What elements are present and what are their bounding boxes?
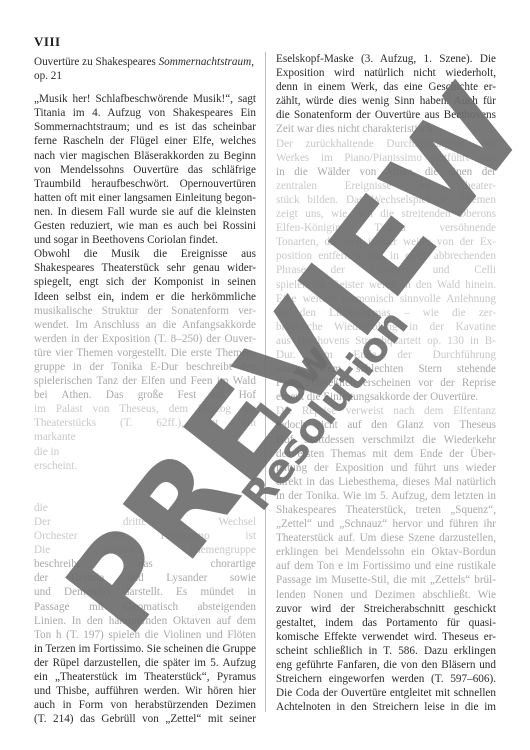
text-line: stück bilden. Das Wechselspiel der Theme… — [276, 193, 496, 207]
text-line: „Zettel“ und „Schnauz“ hervor und führen… — [276, 517, 496, 531]
text-line: Tonarten, die sich immer weiter von der … — [276, 235, 496, 249]
text-line: aus Beethovens Streichquartett op. 130 i… — [276, 334, 496, 348]
text-line: auf dem Ton e im Fortissimo und eine rus… — [276, 559, 496, 573]
text-line: erneut die Einleitungsakkorde der Ouvert… — [276, 390, 496, 404]
text-line: denn in einem Werk, das eine Geschichte … — [276, 80, 496, 94]
text-line: Paar. Schließlich erscheinen vor der Rep… — [276, 376, 496, 390]
text-line: spielerischen Tanz der Elfen und Feen im… — [34, 374, 256, 388]
text-line: die in — [34, 445, 256, 459]
article-title: Ouvertüre zu Shakespeares Sommernachtstr… — [34, 55, 256, 83]
text-line: und sogar in Beethovens Coriolan findet. — [34, 233, 256, 247]
text-line: unter einem schlechten Stern stehende — [276, 362, 496, 376]
text-line: leitung der Exposition und führt uns wie… — [276, 461, 496, 475]
text-line: position entfernen und in einer abbreche… — [276, 249, 496, 263]
text-line: musikalische Struktur der Sonatenform ve… — [34, 304, 256, 318]
text-line: Die zweite Themengruppe — [34, 543, 256, 557]
text-line: die — [34, 501, 256, 515]
text-line: werden in der Exposition (T. 8–250) der … — [34, 332, 256, 346]
text-line: der Rüpel darzustellen, die später im 5.… — [34, 656, 256, 670]
text-line: Passage im Musette-Stil, die mit „Zettel… — [276, 573, 496, 587]
text-line: bei Athen. Das große Fest am Hof — [34, 388, 256, 402]
text-line: an den Liebesthemas – wie die zer- — [276, 306, 496, 320]
text-line: Eine weitere harmonisch sinnvolle Anlehn… — [276, 292, 496, 306]
text-line: ein „Theaterstück im Theaterstück“, Pyra… — [34, 670, 256, 684]
text-line: zentralen Ereignisse im Theater- — [276, 179, 496, 193]
text-line: spiegelt, engt sich der Komponist in sei… — [34, 275, 256, 289]
text-line: Gesten reduziert, wie man es auch bei Ro… — [34, 219, 256, 233]
text-line: Ton h (T. 197) spielen die Violinen und … — [34, 628, 256, 642]
text-line: die Sonatenform der Ouvertüre aus Beetho… — [276, 108, 496, 122]
text-line: Streichern eingeworfen werden (T. 597–60… — [276, 672, 496, 686]
text-line: Titania im 4. Aufzug von Shakespeares Ei… — [34, 106, 256, 120]
right-body-text: Eselskopf-Maske (3. Aufzug, 1. Szene). D… — [276, 52, 496, 714]
text-line: „Musik her! Schlafbeschwörende Musik!“, … — [34, 92, 256, 106]
text-line: gruppe in der Tonika E-Dur beschreibt de… — [34, 360, 256, 374]
text-line: Orchester im Pianissimo ist — [34, 529, 256, 543]
text-line: beschreibt das chorartige — [34, 557, 256, 571]
text-line: komische Effekte verwendet wird. Theseus… — [276, 630, 496, 644]
text-line: zeigt uns, wie sich die streitenden Ober… — [276, 207, 496, 221]
text-line — [34, 473, 256, 487]
text-line: Achtelnoten in den Streichern leise in d… — [276, 700, 496, 714]
text-line: Obwohl die Musik die Ereignisse aus — [34, 247, 256, 261]
text-line: des ersten Themas mit dem Ende der Über- — [276, 447, 496, 461]
text-line: Phrase der Violinen und Celli — [276, 263, 496, 277]
text-line: Hof. Stattdessen verschmilzt die Wiederk… — [276, 433, 496, 447]
text-line: in die Wälder von Athen, die einen der — [276, 165, 496, 179]
text-line: (T. 214) das Gebrüll von „Zettel“ mit se… — [34, 712, 256, 726]
text-line: und Thisbe, aufführen werden. Wir hören … — [34, 684, 256, 698]
text-line: erscheint. — [34, 459, 256, 473]
text-line: von Mendelssohns Ouvertüre das schläfrig… — [34, 163, 256, 177]
left-column: Ouvertüre zu Shakespeares Sommernachtstr… — [34, 55, 256, 726]
text-line: markante — [34, 430, 256, 444]
text-line: zuvor wird der Streicherabschnitt geschi… — [276, 602, 496, 616]
text-line: Die Reprise verweist nach dem Elfentanz — [276, 404, 496, 418]
text-line: Werkes im Piano/Pianissimo entführt uns — [276, 151, 496, 165]
title-punct: , — [251, 56, 254, 68]
text-line: lenden Nonen und Dezimen abschließt. Wie — [276, 588, 496, 602]
text-line: Der dritte Wechsel — [34, 515, 256, 529]
text-line: Theaterstück auf. Um diese Szene darzust… — [276, 531, 496, 545]
text-line: spielen die Geister weiter in den Wald h… — [276, 278, 496, 292]
text-line: Shakespeares Theaterstück, treten „Squen… — [276, 503, 496, 517]
text-line: direkt in das Liebesthema, dieses Mal na… — [276, 475, 496, 489]
text-line: in Terzen im Fortissimo. Sie scheinen di… — [34, 642, 256, 656]
text-line: nen. In diesem Fall wurde sie auf die kl… — [34, 205, 256, 219]
text-line: Traumbild heraufbeschwört. Opernouvertür… — [34, 177, 256, 191]
text-line: Theaterstücks (T. 62ff.), ist ein — [34, 416, 256, 430]
text-line: Shakespeares Theaterstück sehr genau wid… — [34, 261, 256, 275]
text-line: Elfen-Königin Titania versöhnende — [276, 221, 496, 235]
text-line: Passage mit chromatisch absteigenden — [34, 600, 256, 614]
text-line: zählt, würde dies wenig Sinn haben. Auch… — [276, 94, 496, 108]
text-line: Sommernachtstraum; und es ist das schein… — [34, 120, 256, 134]
text-line: Dur. Am Ende der Durchführung — [276, 348, 496, 362]
text-line: und Demetrius darstellt. Es mündet in — [34, 585, 256, 599]
text-line: auch in Form von herabstürzenden Dezimen — [34, 698, 256, 712]
text-line: brechliche Wiederholung in der Kavatine — [276, 320, 496, 334]
text-line: Exposition wird natürlich nicht wiederho… — [276, 66, 496, 80]
text-line: erklingen bei Mendelssohn ein Oktav-Bord… — [276, 545, 496, 559]
text-line: ferne Rascheln der Flügel einer Elfe, we… — [34, 134, 256, 148]
text-line: Ideen selbst ein, indem er die herkömmli… — [34, 290, 256, 304]
text-line: im Palast von Theseus, dem Herzog des — [34, 402, 256, 416]
left-body-text: „Musik her! Schlafbeschwörende Musik!“, … — [34, 92, 256, 726]
title-text: Ouvertüre zu Shakespeares — [34, 56, 159, 68]
title-italic-work: Sommernachtstraum — [159, 56, 252, 68]
text-line: Zeit war dies nicht charakteristisch. — [276, 122, 496, 136]
text-line: nach vier magischen Bläserakkorden zu Be… — [34, 149, 256, 163]
text-line: jedoch nicht auf den Glanz von Theseus — [276, 418, 496, 432]
text-line: wendet. Im Anschluss an die Anfangsakkor… — [34, 318, 256, 332]
text-line: Linien. In den hämmernden Oktaven auf de… — [34, 614, 256, 628]
text-line: der Hermia und Lysander sowie — [34, 571, 256, 585]
text-line: türe vier Themen vorgestellt. Die erste … — [34, 346, 256, 360]
text-line: in der Tonika. Wie im 5. Aufzug, dem let… — [276, 489, 496, 503]
document-page: VIII Ouvertüre zu Shakespeares Sommernac… — [0, 0, 530, 750]
right-column: Eselskopf-Maske (3. Aufzug, 1. Szene). D… — [276, 52, 496, 714]
text-line: Die Coda der Ouvertüre entgleitet mit sc… — [276, 686, 496, 700]
text-line: gestaltet, indem das Portamento für quas… — [276, 616, 496, 630]
text-line: scheint schließlich in T. 586. Dazu erkl… — [276, 644, 496, 658]
text-line — [34, 487, 256, 501]
column-divider — [265, 52, 266, 712]
text-line: Eselskopf-Maske (3. Aufzug, 1. Szene). D… — [276, 52, 496, 66]
text-line: eng geführte Fanfaren, die von den Bläse… — [276, 658, 496, 672]
page-number: VIII — [34, 34, 61, 50]
title-opus: op. 21 — [34, 70, 62, 82]
text-line: Der zurückhaltende Durchführungsteil des — [276, 137, 496, 151]
text-line: hatten oft mit einer langsamen Einleitun… — [34, 191, 256, 205]
